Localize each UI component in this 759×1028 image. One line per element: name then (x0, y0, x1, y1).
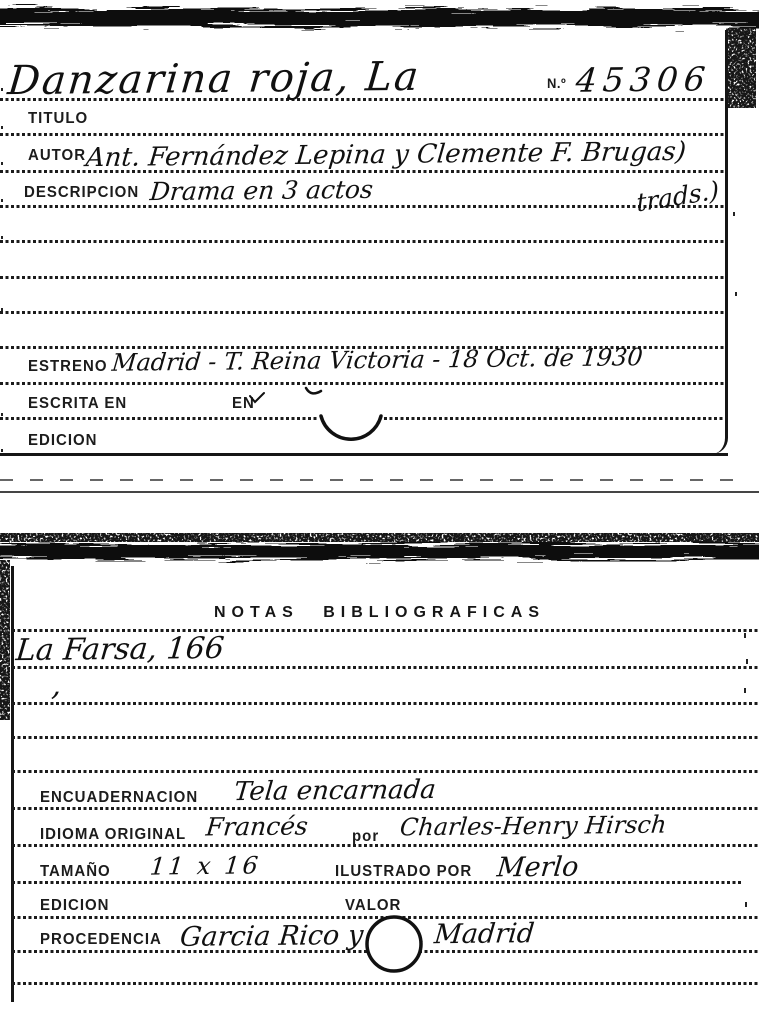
scan-noise (0, 560, 10, 720)
por-label: por (352, 828, 379, 846)
descripcion-label: DESCRIPCION (24, 184, 139, 202)
valor-label: VALOR (345, 897, 401, 915)
ruled-line (12, 736, 759, 739)
handwritten-illustrator: Merlo (496, 852, 580, 884)
notas-bibliograficas-heading: NOTAS BIBLIOGRAFICAS (0, 604, 759, 622)
ruled-line (12, 770, 759, 773)
handwritten-description: Drama en 3 actos (149, 175, 375, 206)
card-bottom-rule (0, 491, 759, 493)
handwritten-provenance: Garcia Rico y Cia. Madrid (179, 918, 536, 953)
autor-label: AUTOR (28, 147, 86, 165)
edicion-label-front: EDICION (28, 432, 98, 450)
handwritten-binding: Tela encarnada (233, 775, 438, 807)
ruled-line (12, 807, 759, 810)
handwritten-title: Danzarina roja, La (6, 54, 422, 104)
handwritten-original-author: Charles-Henry Hirsch (399, 811, 668, 842)
escrita-en-label: ESCRITA EN (28, 395, 127, 413)
idioma-original-label: IDIOMA ORIGINAL (40, 826, 186, 844)
ruled-line (12, 916, 759, 919)
edicion-label-back: EDICION (40, 897, 110, 915)
encuadernacion-label: ENCUADERNACION (40, 789, 198, 807)
handwritten-size: 11 x 16 (149, 851, 263, 880)
procedencia-label: PROCEDENCIA (40, 931, 162, 949)
ruled-line (12, 881, 742, 884)
ruled-line (12, 702, 759, 705)
ruled-line (12, 982, 759, 985)
handwritten-premiere: Madrid - T. Reina Victoria - 18 Oct. de … (111, 343, 644, 377)
scan-noise (0, 533, 759, 542)
titulo-label: TITULO (28, 110, 88, 128)
tamano-label: TAMAÑO (40, 863, 111, 881)
ilustrado-por-label: ILUSTRADO POR (335, 863, 472, 881)
scan-edge-band-top (0, 9, 759, 26)
scan-edge-band-middle (0, 544, 759, 559)
ruled-line (12, 844, 759, 847)
scan-noise (726, 28, 756, 108)
number-label: N.º (547, 76, 566, 92)
en-label: EN (232, 395, 255, 413)
scanned-catalog-card-page: Danzarina roja, La N.º 45306 TITULO AUTO… (0, 0, 759, 1028)
handwritten-number: 45306 (574, 59, 713, 99)
estreno-label: ESTRENO (28, 358, 108, 376)
ruled-line (0, 479, 736, 481)
handwritten-language: Francés (205, 811, 310, 841)
handwritten-stray-comma: , (50, 668, 63, 703)
handwritten-notes: La Farsa, 166 (14, 631, 225, 668)
handwritten-author: Ant. Fernández Lepina y Clemente F. Brug… (85, 137, 688, 173)
